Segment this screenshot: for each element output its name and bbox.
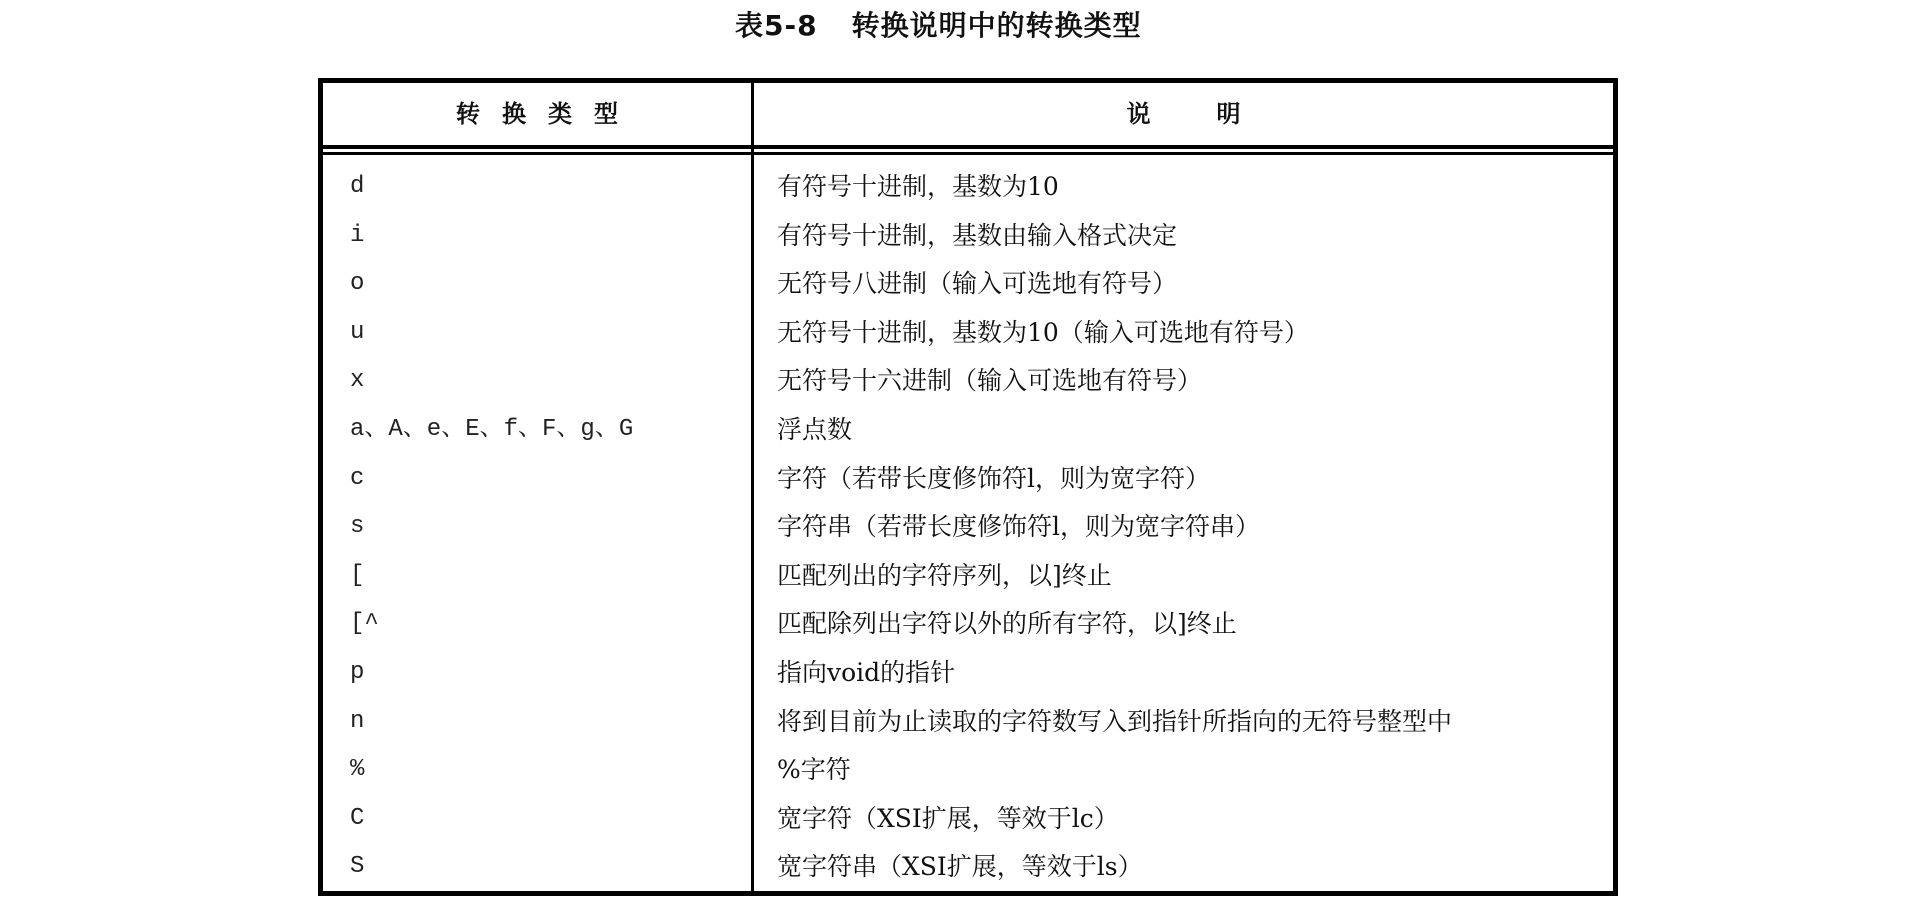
- table-row: S 宽字符串（XSI扩展，等效于ls）: [323, 843, 1613, 892]
- conversion-type-cell: u: [350, 309, 364, 358]
- conversion-type-cell: [: [350, 552, 364, 601]
- conversion-type-cell: a、A、e、E、f、F、g、G: [350, 406, 633, 455]
- table-row: x 无符号十六进制（输入可选地有符号）: [323, 357, 1613, 406]
- table-row: % %字符: [323, 746, 1613, 795]
- table-row: C 宽字符（XSI扩展，等效于lc）: [323, 795, 1613, 844]
- conversion-type-cell: s: [350, 503, 364, 552]
- table-row: p 指向void的指针: [323, 649, 1613, 698]
- description-cell: 无符号十六进制（输入可选地有符号）: [777, 357, 1202, 406]
- description-cell: 浮点数: [777, 406, 852, 455]
- table-row: a、A、e、E、f、F、g、G 浮点数: [323, 406, 1613, 455]
- conversion-type-cell: p: [350, 649, 364, 698]
- conversion-type-cell: x: [350, 357, 364, 406]
- header-rule-top: [323, 145, 1613, 149]
- description-cell: 将到目前为止读取的字符数写入到指针所指向的无符号整型中: [777, 698, 1452, 747]
- description-cell: 无符号十进制，基数为10（输入可选地有符号）: [777, 309, 1309, 358]
- table-title: 转换说明中的转换类型: [852, 9, 1142, 42]
- table-row: [ 匹配列出的字符序列，以]终止: [323, 552, 1613, 601]
- header-conversion-type: 转换类型: [323, 83, 751, 145]
- conversion-type-cell: C: [350, 795, 364, 844]
- description-cell: 指向void的指针: [777, 649, 955, 698]
- conversion-type-cell: c: [350, 455, 364, 504]
- description-cell: 字符串（若带长度修饰符l，则为宽字符串）: [777, 503, 1260, 552]
- description-cell: 有符号十进制，基数为10: [777, 163, 1059, 212]
- table-number: 表5-8: [735, 9, 818, 42]
- conversion-type-cell: n: [350, 698, 364, 747]
- table-row: i 有符号十进制，基数由输入格式决定: [323, 212, 1613, 261]
- description-cell: 宽字符串（XSI扩展，等效于ls）: [777, 843, 1143, 892]
- description-cell: 匹配除列出字符以外的所有字符，以]终止: [777, 600, 1237, 649]
- table-row: n 将到目前为止读取的字符数写入到指针所指向的无符号整型中: [323, 698, 1613, 747]
- table-row: d 有符号十进制，基数为10: [323, 163, 1613, 212]
- header-description: 说明: [754, 83, 1613, 145]
- description-cell: %字符: [777, 746, 851, 795]
- description-cell: 无符号八进制（输入可选地有符号）: [777, 260, 1177, 309]
- table-row: c 字符（若带长度修饰符l，则为宽字符）: [323, 455, 1613, 504]
- table-body: d 有符号十进制，基数为10 i 有符号十进制，基数由输入格式决定 o 无符号八…: [323, 163, 1613, 892]
- description-cell: 有符号十进制，基数由输入格式决定: [777, 212, 1177, 261]
- conversion-type-table: 转换类型 说明 d 有符号十进制，基数为10 i 有符号十进制，基数由输入格式决…: [318, 78, 1618, 896]
- conversion-type-cell: d: [350, 163, 364, 212]
- description-cell: 字符（若带长度修饰符l，则为宽字符）: [777, 455, 1210, 504]
- header-rule-bottom: [323, 152, 1613, 155]
- conversion-type-cell: S: [350, 843, 364, 892]
- conversion-type-cell: [^: [350, 600, 379, 649]
- conversion-type-cell: %: [350, 746, 364, 795]
- table-row: [^ 匹配除列出字符以外的所有字符，以]终止: [323, 600, 1613, 649]
- table-row: u 无符号十进制，基数为10（输入可选地有符号）: [323, 309, 1613, 358]
- description-cell: 匹配列出的字符序列，以]终止: [777, 552, 1112, 601]
- table-row: o 无符号八进制（输入可选地有符号）: [323, 260, 1613, 309]
- table-row: s 字符串（若带长度修饰符l，则为宽字符串）: [323, 503, 1613, 552]
- description-cell: 宽字符（XSI扩展，等效于lc）: [777, 795, 1119, 844]
- conversion-type-cell: o: [350, 260, 364, 309]
- conversion-type-cell: i: [350, 212, 364, 261]
- table-caption: 表5-8转换说明中的转换类型: [735, 6, 1142, 46]
